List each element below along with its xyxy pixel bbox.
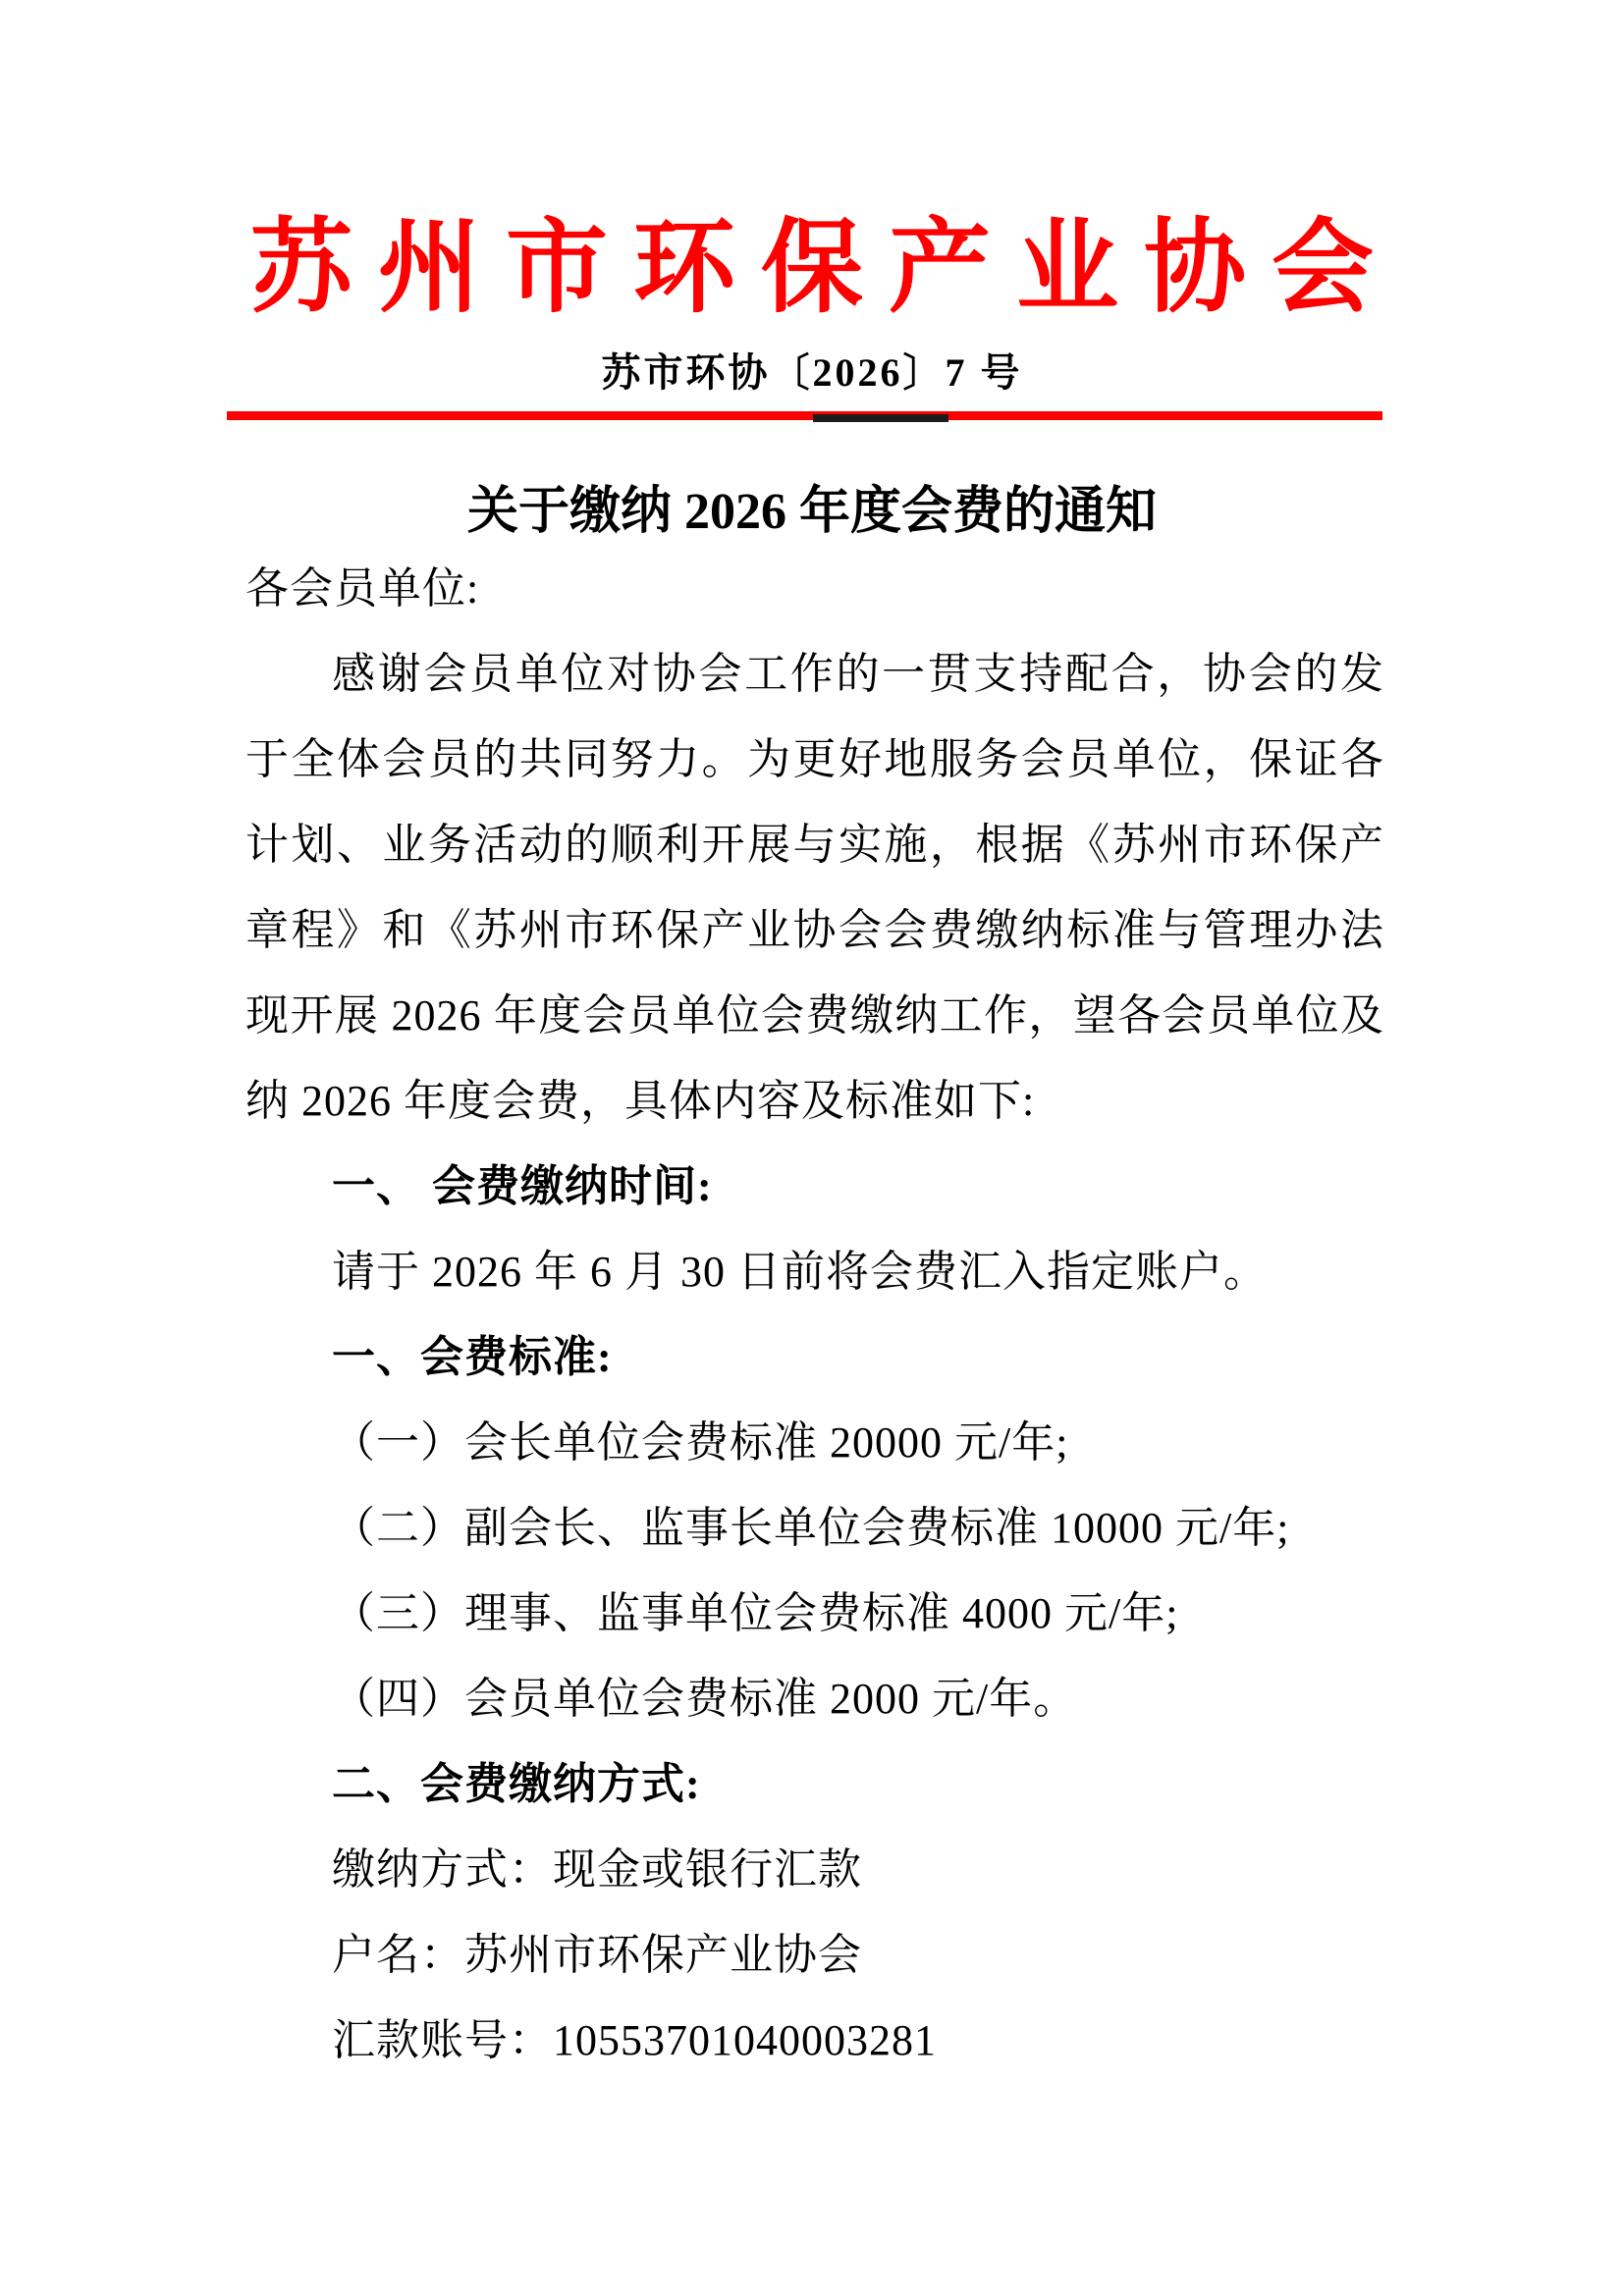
intro-line: 于全体会员的共同努力。为更好地服务会员单位，保证各项工作 [245,717,1384,802]
fee-item: （四）会员单位会费标准 2000 元/年。 [245,1656,1384,1741]
section-heading-payment-time: 一、 会费缴纳时间: [245,1144,1384,1229]
payment-method: 缴纳方式：现金或银行汇款 [245,1827,1384,1912]
doc-number-underline [813,414,948,422]
document-number: 苏市环协〔2026〕7 号 [0,346,1624,400]
fee-item: （二）副会长、监事长单位会费标准 10000 元/年; [245,1485,1384,1571]
notice-body: 各会员单位: 感谢会员单位对协会工作的一贯支持配合，协会的发展有赖 于全体会员的… [245,546,1384,2083]
payment-deadline: 请于 2026 年 6 月 30 日前将会费汇入指定账户。 [245,1229,1384,1314]
notice-title: 关于缴纳 2026 年度会费的通知 [0,481,1624,544]
fee-item: （一）会长单位会费标准 20000 元/年; [245,1400,1384,1485]
account-name: 户名：苏州市环保产业协会 [245,1912,1384,1998]
account-number: 汇款账号：10553701040003281 [245,1998,1384,2083]
header-red-rule [227,411,1382,420]
fee-item: （三）理事、监事单位会费标准 4000 元/年; [245,1571,1384,1656]
salutation: 各会员单位: [245,546,1384,631]
organization-title: 苏州市环保产业协会 [0,210,1624,328]
intro-line: 现开展 2026 年度会员单位会费缴纳工作，望各会员单位及时缴 [245,973,1384,1058]
section-heading-fee-standard: 一、会费标准: [245,1314,1384,1400]
notice-document-page: 苏州市环保产业协会 苏市环协〔2026〕7 号 关于缴纳 2026 年度会费的通… [0,0,1624,2296]
intro-line: 纳 2026 年度会费，具体内容及标准如下: [245,1058,1384,1144]
section-heading-payment-method: 二、会费缴纳方式: [245,1741,1384,1827]
intro-line: 感谢会员单位对协会工作的一贯支持配合，协会的发展有赖 [245,631,1384,717]
intro-line: 计划、业务活动的顺利开展与实施，根据《苏州市环保产业协会 [245,802,1384,887]
intro-line: 章程》和《苏州市环保产业协会会费缴纳标准与管理办法规定》。 [245,887,1384,973]
